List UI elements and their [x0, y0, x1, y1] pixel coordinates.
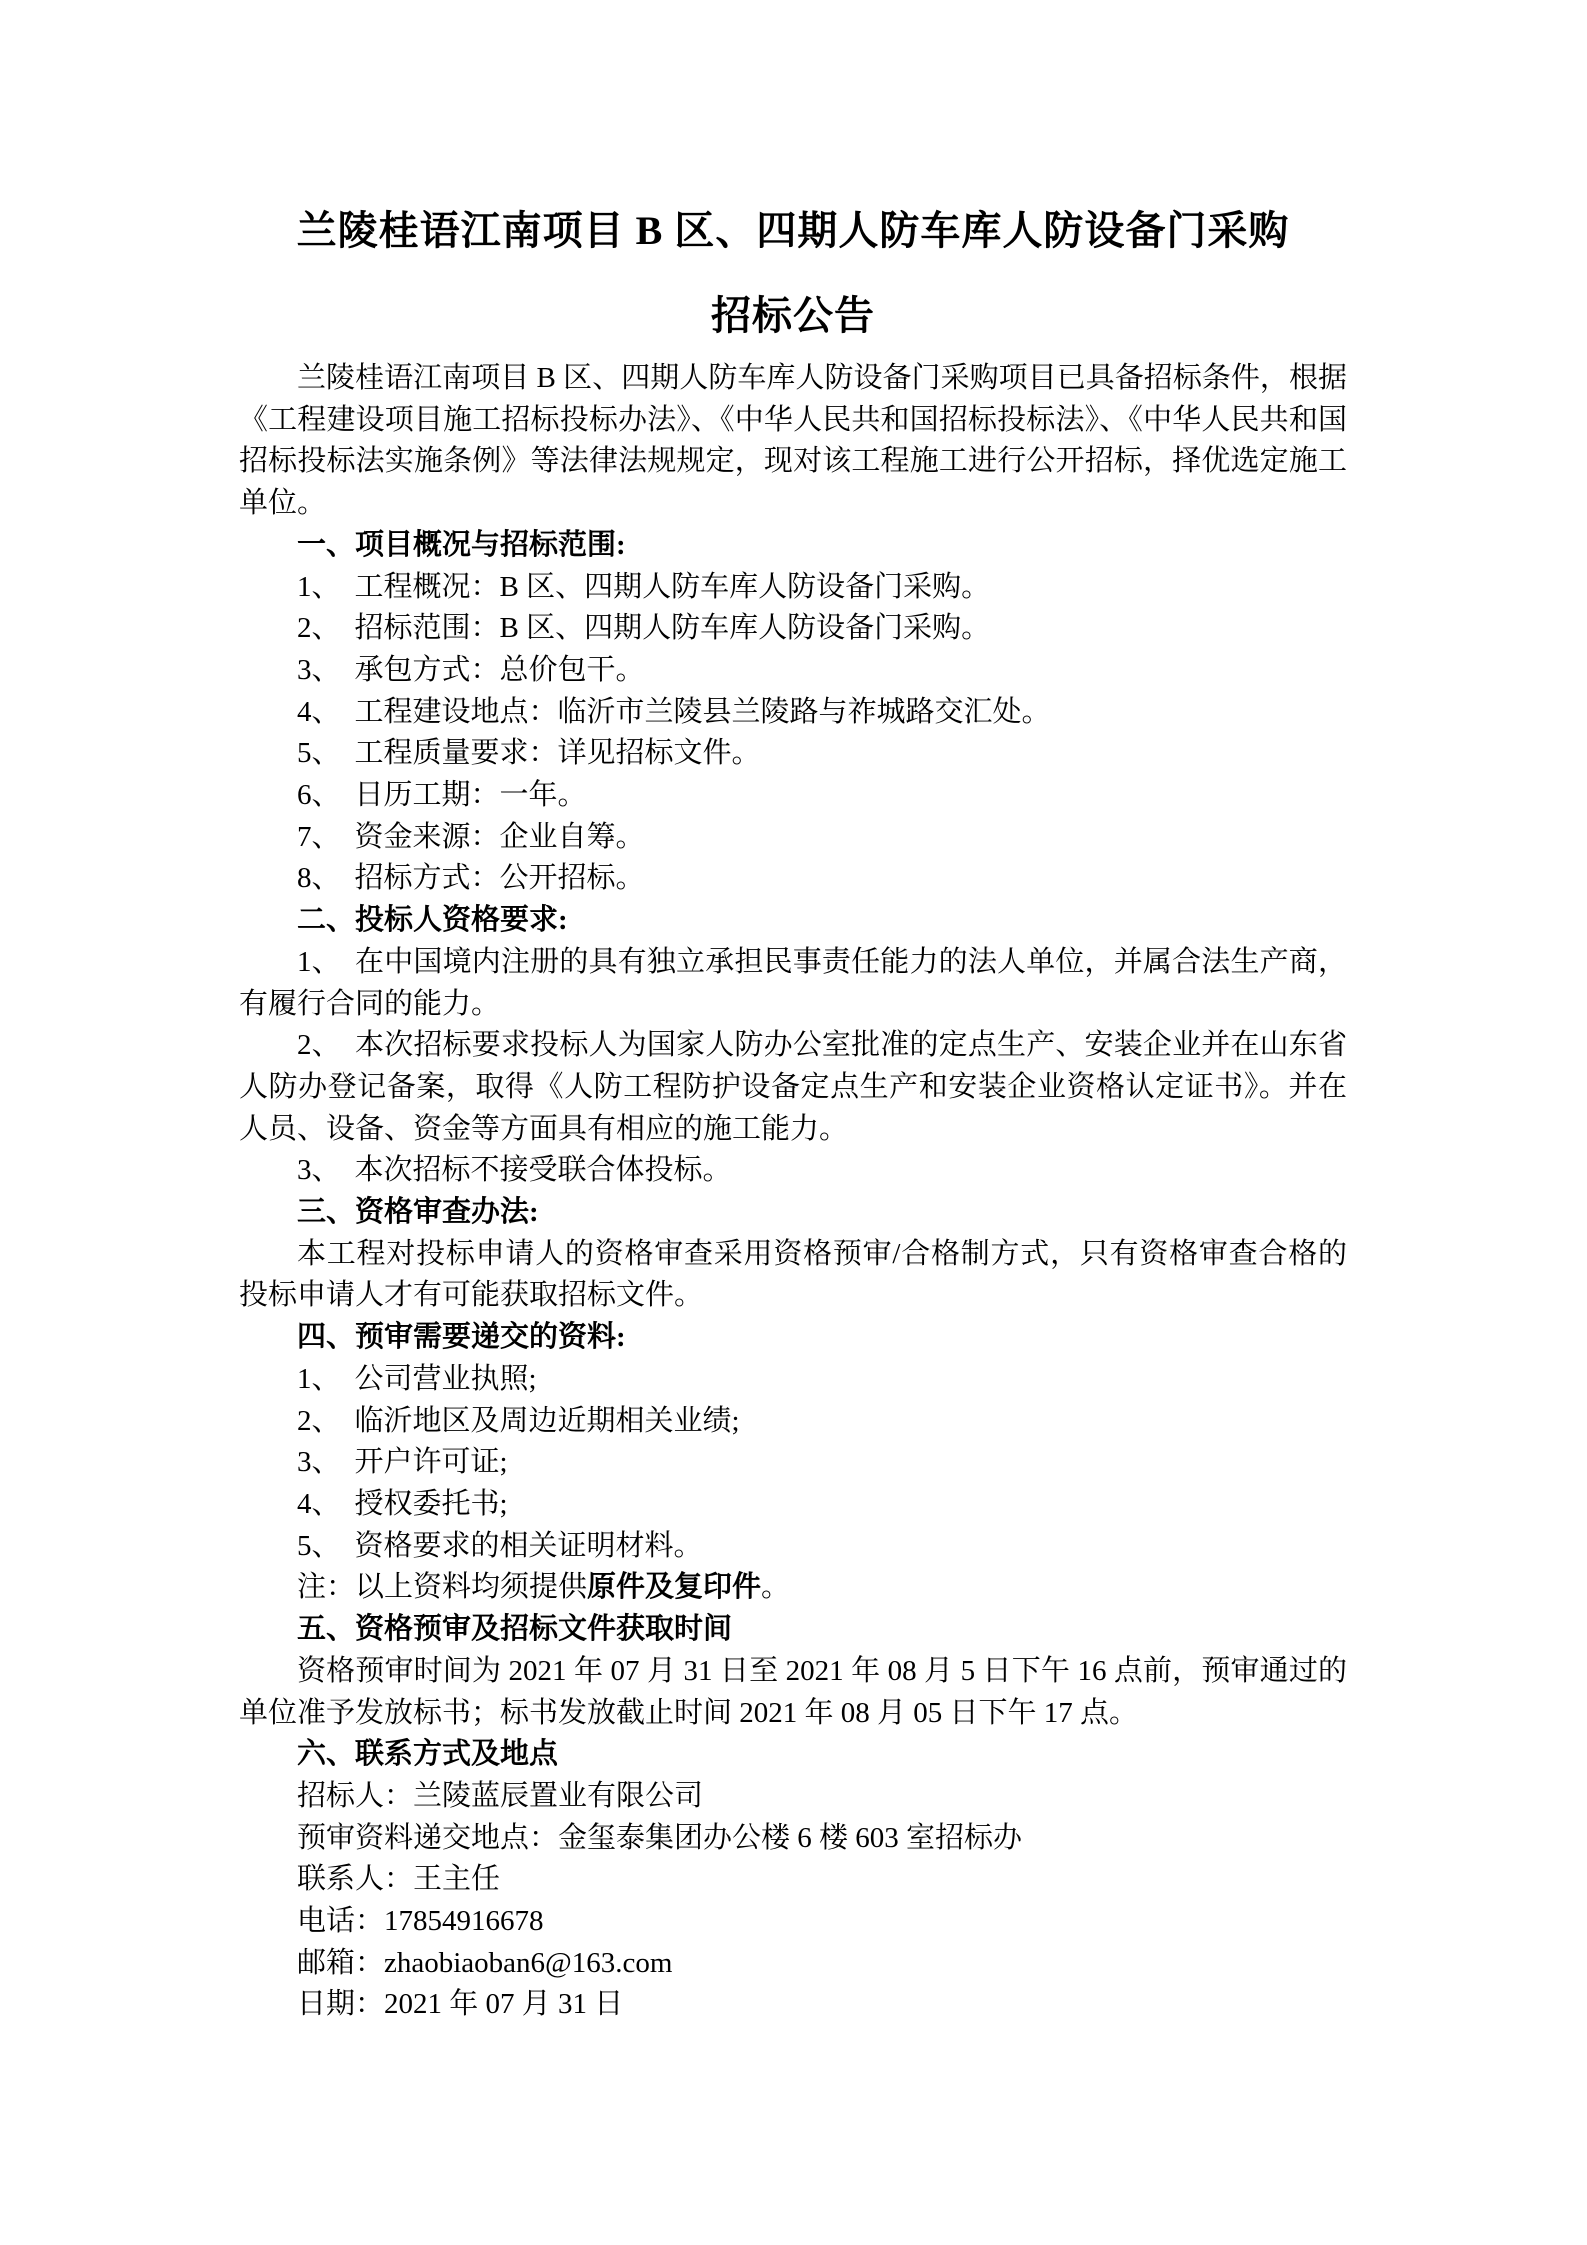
- text-segment: 开户许可证;: [355, 1446, 508, 1478]
- text-segment: 授权委托书;: [355, 1488, 508, 1520]
- section-1-item-2: 2、招标范围：B 区、四期人防车库人防设备门采购。: [239, 608, 1347, 650]
- section-1-heading: 一、项目概况与招标范围:: [239, 525, 1347, 567]
- section-4-note: 注：以上资料均须提供原件及复印件。: [239, 1567, 1347, 1609]
- text-segment: 资格要求的相关证明材料。: [355, 1530, 703, 1562]
- item-number: 1、: [297, 946, 341, 978]
- item-number: 2、: [297, 1405, 341, 1437]
- document-body: 兰陵桂语江南项目 B 区、四期人防车库人防设备门采购项目已具备招标条件，根据《工…: [239, 358, 1347, 2026]
- text-segment: 二、投标人资格要求:: [297, 904, 568, 936]
- text-segment: 。: [761, 1571, 790, 1603]
- section-5-heading: 五、资格预审及招标文件获取时间: [239, 1609, 1347, 1651]
- text-segment: 五、资格预审及招标文件获取时间: [297, 1613, 732, 1645]
- section-4-item-2: 2、临沂地区及周边近期相关业绩;: [239, 1401, 1347, 1443]
- document-title-line2: 招标公告: [239, 273, 1347, 358]
- item-number: 3、: [297, 1154, 341, 1186]
- item-number: 5、: [297, 1530, 341, 1562]
- text-segment: 三、资格审查办法:: [297, 1196, 539, 1228]
- text-segment: 招标人：兰陵蓝辰置业有限公司: [297, 1780, 703, 1812]
- text-segment: 招标范围：B 区、四期人防车库人防设备门采购。: [355, 612, 991, 644]
- section-1-item-8: 8、招标方式：公开招标。: [239, 858, 1347, 900]
- text-segment: 日历工期：一年。: [355, 779, 587, 811]
- contact-submission-address: 预审资料递交地点：金玺泰集团办公楼 6 楼 603 室招标办: [239, 1818, 1347, 1860]
- text-segment: 四、预审需要递交的资料:: [297, 1321, 626, 1353]
- intro-paragraph: 兰陵桂语江南项目 B 区、四期人防车库人防设备门采购项目已具备招标条件，根据《工…: [239, 358, 1347, 525]
- item-number: 8、: [297, 862, 341, 894]
- section-2-item-2: 2、本次招标要求投标人为国家人防办公室批准的定点生产、安装企业并在山东省人防办登…: [239, 1025, 1347, 1150]
- document-title: 兰陵桂语江南项目 B 区、四期人防车库人防设备门采购 招标公告: [239, 0, 1347, 358]
- text-segment: 本次招标不接受联合体投标。: [355, 1154, 732, 1186]
- text-segment: 电话：17854916678: [297, 1905, 544, 1937]
- contact-person: 联系人：王主任: [239, 1859, 1347, 1901]
- section-4-item-1: 1、公司营业执照;: [239, 1359, 1347, 1401]
- item-number: 1、: [297, 571, 341, 603]
- contact-date: 日期：2021 年 07 月 31 日: [239, 1984, 1347, 2026]
- section-4-item-5: 5、资格要求的相关证明材料。: [239, 1526, 1347, 1568]
- text-segment: 招标方式：公开招标。: [355, 862, 645, 894]
- document-page: 兰陵桂语江南项目 B 区、四期人防车库人防设备门采购 招标公告 兰陵桂语江南项目…: [0, 0, 1587, 2245]
- emphasized-text: 原件及复印件: [587, 1571, 761, 1603]
- section-3-heading: 三、资格审查办法:: [239, 1192, 1347, 1234]
- text-segment: 日期：2021 年 07 月 31 日: [297, 1988, 623, 2020]
- item-number: 2、: [297, 612, 341, 644]
- text-segment: 在中国境内注册的具有独立承担民事责任能力的法人单位，并属合法生产商，有履行合同的…: [239, 946, 1347, 1020]
- section-2-heading: 二、投标人资格要求:: [239, 900, 1347, 942]
- text-segment: 一、项目概况与招标范围:: [297, 529, 626, 561]
- contact-email: 邮箱：zhaobiaoban6@163.com: [239, 1943, 1347, 1985]
- text-segment: 本次招标要求投标人为国家人防办公室批准的定点生产、安装企业并在山东省人防办登记备…: [239, 1029, 1347, 1144]
- item-number: 2、: [297, 1029, 341, 1061]
- section-1-item-4: 4、工程建设地点：临沂市兰陵县兰陵路与祚城路交汇处。: [239, 692, 1347, 734]
- item-number: 3、: [297, 654, 341, 686]
- text-segment: 资格预审时间为 2021 年 07 月 31 日至 2021 年 08 月 5 …: [239, 1655, 1347, 1729]
- text-segment: 兰陵桂语江南项目 B 区、四期人防车库人防设备门采购项目已具备招标条件，根据《工…: [239, 362, 1347, 519]
- item-number: 4、: [297, 696, 341, 728]
- section-2-item-1: 1、在中国境内注册的具有独立承担民事责任能力的法人单位，并属合法生产商，有履行合…: [239, 942, 1347, 1025]
- section-4-heading: 四、预审需要递交的资料:: [239, 1317, 1347, 1359]
- section-1-item-7: 7、资金来源：企业自筹。: [239, 817, 1347, 859]
- text-segment: 联系人：王主任: [297, 1863, 500, 1895]
- section-4-item-3: 3、开户许可证;: [239, 1442, 1347, 1484]
- section-3-paragraph: 本工程对投标申请人的资格审查采用资格预审/合格制方式，只有资格审查合格的投标申请…: [239, 1234, 1347, 1317]
- text-segment: 资金来源：企业自筹。: [355, 821, 645, 853]
- text-segment: 承包方式：总价包干。: [355, 654, 645, 686]
- item-number: 5、: [297, 737, 341, 769]
- text-segment: 工程质量要求：详见招标文件。: [355, 737, 761, 769]
- section-4-item-4: 4、授权委托书;: [239, 1484, 1347, 1526]
- section-5-paragraph: 资格预审时间为 2021 年 07 月 31 日至 2021 年 08 月 5 …: [239, 1651, 1347, 1734]
- item-number: 6、: [297, 779, 341, 811]
- document-title-line1: 兰陵桂语江南项目 B 区、四期人防车库人防设备门采购: [239, 188, 1347, 273]
- section-1-item-1: 1、工程概况：B 区、四期人防车库人防设备门采购。: [239, 567, 1347, 609]
- text-segment: 六、联系方式及地点: [297, 1738, 558, 1770]
- item-number: 4、: [297, 1488, 341, 1520]
- text-segment: 工程建设地点：临沂市兰陵县兰陵路与祚城路交汇处。: [355, 696, 1051, 728]
- text-segment: 邮箱：zhaobiaoban6@163.com: [297, 1947, 672, 1979]
- text-segment: 注：以上资料均须提供: [297, 1571, 587, 1603]
- section-6-heading: 六、联系方式及地点: [239, 1734, 1347, 1776]
- item-number: 7、: [297, 821, 341, 853]
- section-1-item-3: 3、承包方式：总价包干。: [239, 650, 1347, 692]
- text-segment: 公司营业执照;: [355, 1363, 537, 1395]
- text-segment: 临沂地区及周边近期相关业绩;: [355, 1405, 740, 1437]
- text-segment: 工程概况：B 区、四期人防车库人防设备门采购。: [355, 571, 991, 603]
- contact-tenderee: 招标人：兰陵蓝辰置业有限公司: [239, 1776, 1347, 1818]
- item-number: 1、: [297, 1363, 341, 1395]
- section-2-item-3: 3、本次招标不接受联合体投标。: [239, 1150, 1347, 1192]
- section-1-item-6: 6、日历工期：一年。: [239, 775, 1347, 817]
- text-segment: 本工程对投标申请人的资格审查采用资格预审/合格制方式，只有资格审查合格的投标申请…: [239, 1238, 1347, 1312]
- text-segment: 预审资料递交地点：金玺泰集团办公楼 6 楼 603 室招标办: [297, 1822, 1022, 1854]
- contact-phone: 电话：17854916678: [239, 1901, 1347, 1943]
- item-number: 3、: [297, 1446, 341, 1478]
- section-1-item-5: 5、工程质量要求：详见招标文件。: [239, 733, 1347, 775]
